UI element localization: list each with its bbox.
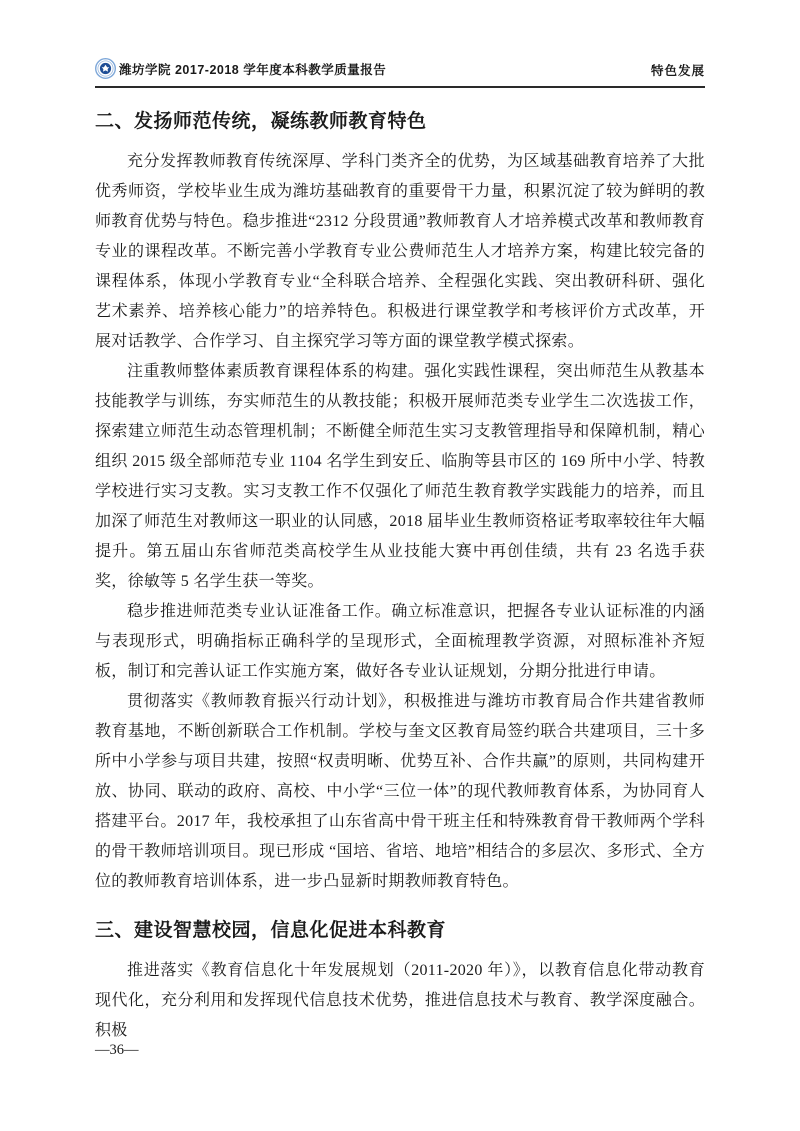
header-left: 潍坊学院 2017-2018 学年度本科教学质量报告 xyxy=(95,58,386,79)
page-header: 潍坊学院 2017-2018 学年度本科教学质量报告 特色发展 xyxy=(95,58,705,88)
paragraph-5: 推进落实《教育信息化十年发展规划（2011-2020 年）》，以教育信息化带动教… xyxy=(95,956,705,1046)
paragraph-2: 注重教师整体素质教育课程体系的构建。强化实践性课程，突出师范生从教基本技能教学与… xyxy=(95,357,705,597)
university-seal-icon xyxy=(95,58,116,79)
page-number: —36— xyxy=(95,1042,139,1058)
document-body: 二、发扬师范传统，凝练教师教育特色 充分发挥教师教育传统深厚、学科门类齐全的优势… xyxy=(95,110,705,1046)
document-page: 潍坊学院 2017-2018 学年度本科教学质量报告 特色发展 二、发扬师范传统… xyxy=(0,0,800,1131)
header-title: 潍坊学院 2017-2018 学年度本科教学质量报告 xyxy=(119,60,386,78)
header-section-label: 特色发展 xyxy=(651,61,705,79)
section-heading-2: 二、发扬师范传统，凝练教师教育特色 xyxy=(95,110,705,134)
paragraph-1: 充分发挥教师教育传统深厚、学科门类齐全的优势，为区域基础教育培养了大批优秀师资，… xyxy=(95,147,705,357)
page-footer: —36— xyxy=(95,1042,139,1059)
paragraph-3: 稳步推进师范类专业认证准备工作。确立标准意识，把握各专业认证标准的内涵与表现形式… xyxy=(95,597,705,687)
section-heading-3: 三、建设智慧校园，信息化促进本科教育 xyxy=(95,919,705,943)
paragraph-4: 贯彻落实《教师教育振兴行动计划》，积极推进与潍坊市教育局合作共建省教师教育基地，… xyxy=(95,687,705,897)
